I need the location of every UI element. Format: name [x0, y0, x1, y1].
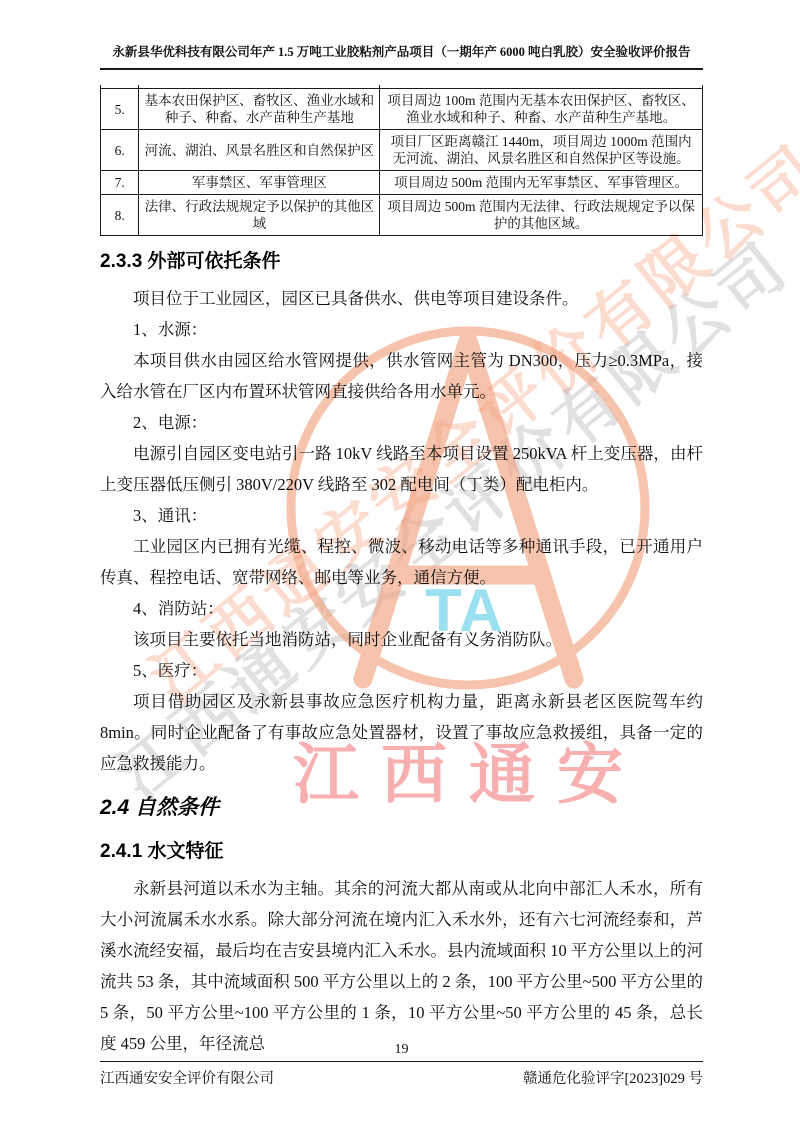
item-text-medical: 项目借助园区及永新县事故应急医疗机构力量，距离永新县老区医院驾车约 8min。同…	[100, 686, 703, 779]
table-row: 7. 军事禁区、军事管理区 项目周边 500m 范围内无军事禁区、军事管理区。	[101, 171, 703, 195]
item-text-water: 本项目供水由园区给水管网提供，供水管网主管为 DN300，压力≥0.3MPa，接…	[100, 345, 703, 407]
zone-status: 项目周边 100m 范围内无基本农田保护区、畜牧区、渔业水域和种子、种畜、水产苗…	[380, 89, 703, 130]
item-text-telecom: 工业园区内已拥有光缆、程控、微波、移动电话等多种通讯手段，已开通用户传真、程控电…	[100, 531, 703, 593]
zone-status: 项目厂区距离赣江 1440m，项目周边 1000m 范围内无河流、湖泊、风景名胜…	[380, 130, 703, 171]
table-row: 8. 法律、行政法规规定予以保护的其他区域 项目周边 500m 范围内无法律、行…	[101, 195, 703, 236]
zone-status: 项目周边 500m 范围内无军事禁区、军事管理区。	[380, 171, 703, 195]
item-label-power: 2、电源：	[100, 407, 703, 438]
item-label-telecom: 3、通讯：	[100, 500, 703, 531]
protected-zones-table: 5. 基本农田保护区、畜牧区、渔业水域和种子、种畜、水产苗种生产基地 项目周边 …	[100, 85, 703, 236]
section-heading-24: 2.4 自然条件	[100, 794, 703, 822]
page-footer: 19 江西通安安全评价有限公司 赣通危化验评字[2023]029 号	[100, 1042, 703, 1088]
document-page: 江西通安安全评价有限公司 江西通安安全评价有限公司 TA 江西通安 永新县华优科…	[0, 0, 800, 1132]
item-label-medical: 5、医疗：	[100, 655, 703, 686]
zone-status: 项目周边 500m 范围内无法律、行政法规规定予以保护的其他区域。	[380, 195, 703, 236]
item-text-fire-station: 该项目主要依托当地消防站，同时企业配备有义务消防队。	[100, 624, 703, 655]
zone-name: 基本农田保护区、畜牧区、渔业水域和种子、种畜、水产苗种生产基地	[139, 89, 380, 130]
row-number: 5.	[101, 89, 139, 130]
report-title: 永新县华优科技有限公司年产 1.5 万吨工业胶粘剂产品项目（一期年产 6000 …	[100, 44, 703, 60]
zone-name: 军事禁区、军事管理区	[139, 171, 380, 195]
section-intro: 项目位于工业园区，园区已具备供水、供电等项目建设条件。	[100, 283, 703, 314]
section-heading-241: 2.4.1 水文特征	[100, 839, 703, 865]
item-label-water: 1、水源：	[100, 314, 703, 345]
zone-name: 法律、行政法规规定予以保护的其他区域	[139, 195, 380, 236]
item-label-fire-station: 4、消防站：	[100, 593, 703, 624]
row-number: 8.	[101, 195, 139, 236]
section-heading-233: 2.3.3 外部可依托条件	[100, 249, 703, 275]
hydrology-paragraph: 永新县河道以禾水为主轴。其余的河流大都从南或从北向中部汇人禾水，所有大小河流属禾…	[100, 873, 703, 1059]
table-row: 5. 基本农田保护区、畜牧区、渔业水域和种子、种畜、水产苗种生产基地 项目周边 …	[101, 89, 703, 130]
page-header: 永新县华优科技有限公司年产 1.5 万吨工业胶粘剂产品项目（一期年产 6000 …	[100, 0, 703, 70]
zone-name: 河流、湖泊、风景名胜区和自然保护区	[139, 130, 380, 171]
footer-doc-number: 赣通危化验评字[2023]029 号	[523, 1067, 703, 1088]
row-number: 6.	[101, 130, 139, 171]
item-text-power: 电源引自园区变电站引一路 10kV 线路至本项目设置 250kVA 杆上变压器，…	[100, 438, 703, 500]
footer-company: 江西通安安全评价有限公司	[100, 1067, 274, 1088]
row-number: 7.	[101, 171, 139, 195]
table-row: 6. 河流、湖泊、风景名胜区和自然保护区 项目厂区距离赣江 1440m，项目周边…	[101, 130, 703, 171]
page-content: 永新县华优科技有限公司年产 1.5 万吨工业胶粘剂产品项目（一期年产 6000 …	[100, 0, 703, 1059]
page-number: 19	[100, 1042, 703, 1058]
